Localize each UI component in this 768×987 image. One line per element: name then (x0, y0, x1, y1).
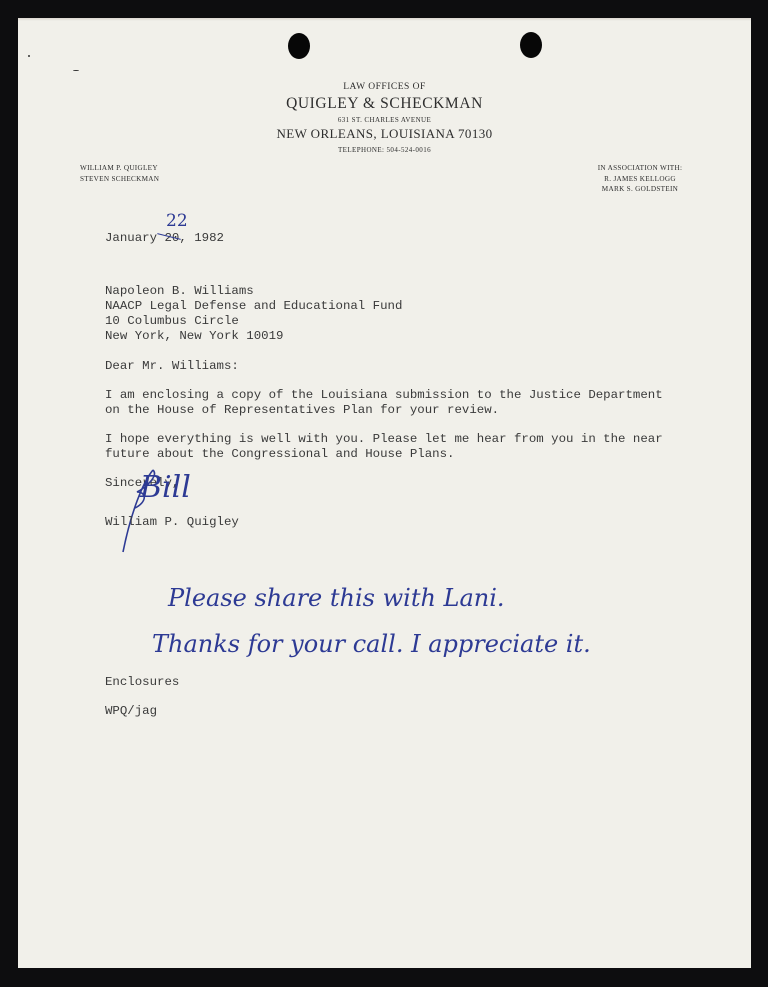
speck (73, 70, 79, 71)
recipient-street: 10 Columbus Circle (105, 314, 239, 329)
date-handwritten-correction: 22 (166, 211, 188, 231)
letterhead-telephone: TELEPHONE: 504-524-0016 (18, 146, 751, 154)
speck (28, 55, 30, 57)
reference-initials: WPQ/jag (105, 704, 157, 719)
partners-list: WILLIAM P. QUIGLEY STEVEN SCHECKMAN (80, 163, 159, 184)
enclosures-notation: Enclosures (105, 675, 179, 690)
body-paragraph-1-line-1: I am enclosing a copy of the Louisiana s… (105, 388, 663, 403)
associate-name: MARK S. GOLDSTEIN (590, 184, 690, 195)
partner-name: WILLIAM P. QUIGLEY (80, 163, 159, 174)
association-heading: IN ASSOCIATION WITH: (590, 163, 690, 174)
signature: Bill (140, 470, 191, 505)
paper-top-edge (18, 18, 751, 21)
recipient-organization: NAACP Legal Defense and Educational Fund (105, 299, 402, 314)
handwritten-note-line-1: Please share this with Lani. (168, 584, 505, 612)
recipient-city: New York, New York 10019 (105, 329, 283, 344)
punch-hole-right (520, 32, 542, 58)
body-paragraph-2-line-2: future about the Congressional and House… (105, 447, 454, 462)
date-line: January 20, 1982 (105, 231, 224, 246)
date-year: 1982 (194, 231, 224, 245)
signer-name: William P. Quigley (105, 515, 239, 530)
letterhead-city: NEW ORLEANS, LOUISIANA 70130 (18, 126, 751, 142)
associate-name: R. JAMES KELLOGG (590, 174, 690, 185)
letterhead-street: 631 ST. CHARLES AVENUE (18, 116, 751, 124)
body-paragraph-2-line-1: I hope everything is well with you. Plea… (105, 432, 663, 447)
body-paragraph-1-line-2: on the House of Representatives Plan for… (105, 403, 499, 418)
letter-page: LAW OFFICES OF QUIGLEY & SCHECKMAN 631 S… (18, 18, 751, 968)
letterhead-law-offices: LAW OFFICES OF (18, 82, 751, 92)
handwritten-note-line-2: Thanks for your call. I appreciate it. (152, 630, 591, 658)
letterhead-firm-name: QUIGLEY & SCHECKMAN (18, 95, 751, 113)
partner-name: STEVEN SCHECKMAN (80, 174, 159, 185)
punch-hole-left (288, 33, 310, 59)
date-month: January (105, 231, 157, 245)
recipient-name: Napoleon B. Williams (105, 284, 254, 299)
association-block: IN ASSOCIATION WITH: R. JAMES KELLOGG MA… (590, 163, 690, 195)
salutation: Dear Mr. Williams: (105, 359, 239, 374)
